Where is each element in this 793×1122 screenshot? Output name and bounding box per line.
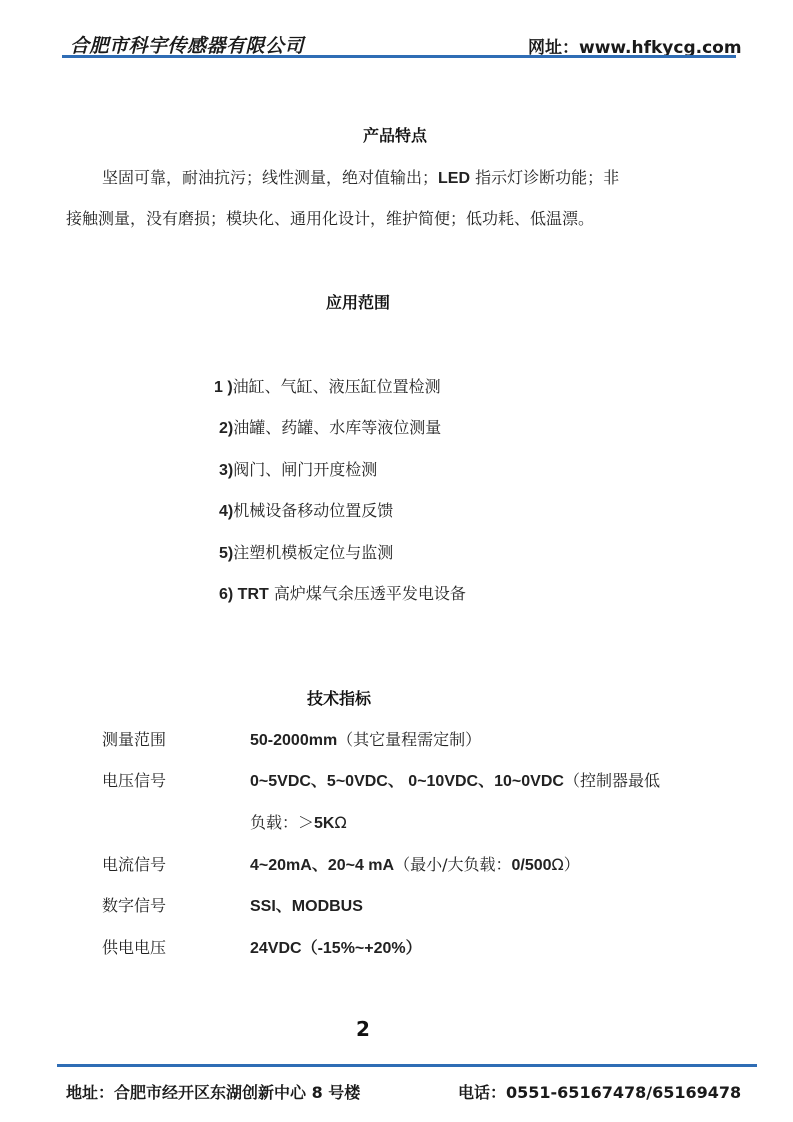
footer-divider xyxy=(57,1064,757,1067)
application-item: 1 )油缸、气缸、液压缸位置检测 xyxy=(214,374,441,397)
application-text: 阀门、闸门开度检测 xyxy=(233,460,377,479)
spec-label: 电流信号 xyxy=(102,852,166,875)
header-divider xyxy=(62,55,736,58)
application-text: 油缸、气缸、液压缸位置检测 xyxy=(233,377,441,396)
application-num: 3) xyxy=(219,462,233,479)
application-item: 6) TRT 高炉煤气余压透平发电设备 xyxy=(219,581,466,604)
spec-value: 4~20mA、20~4 mA（最小/大负载：0/500Ω） xyxy=(250,852,580,875)
spec-value-rest: Ω） xyxy=(552,855,580,874)
spec-value: 0~5VDC、5~0VDC、 0~10VDC、10~0VDC（控制器最低 xyxy=(250,768,660,791)
spec-value-bold: 5K xyxy=(314,815,334,832)
application-num: 2) xyxy=(219,420,233,437)
application-text: 高炉煤气余压透平发电设备 xyxy=(269,584,466,603)
spec-value: 24VDC（-15%~+20%） xyxy=(250,935,422,958)
application-item: 4)机械设备移动位置反馈 xyxy=(219,498,393,521)
application-num: 1 ) xyxy=(214,379,233,396)
spec-value-rest: （控制器最低 xyxy=(564,771,660,790)
spec-label: 电压信号 xyxy=(102,768,166,791)
spec-value-bold: SSI、MODBUS xyxy=(250,898,363,915)
spec-value: SSI、MODBUS xyxy=(250,893,363,916)
footer-address: 地址：合肥市经开区东湖创新中心 8 号楼 xyxy=(66,1080,360,1103)
features-line-2: 接触测量，没有磨损；模块化、通用化设计，维护简便；低功耗、低温漂。 xyxy=(66,206,594,229)
features-title: 产品特点 xyxy=(363,123,427,146)
application-item: 2)油罐、药罐、水库等液位测量 xyxy=(219,415,441,438)
spec-value: 50-2000mm（其它量程需定制） xyxy=(250,727,481,750)
specs-title: 技术指标 xyxy=(307,686,371,709)
features-led: LED xyxy=(438,170,470,187)
spec-value-bold: 4~20mA、20~4 mA xyxy=(250,857,394,874)
application-text: 油罐、药罐、水库等液位测量 xyxy=(233,418,441,437)
application-num: 5) xyxy=(219,545,233,562)
spec-value-rest: （其它量程需定制） xyxy=(337,730,481,749)
application-num: 6) TRT xyxy=(219,586,269,603)
page-number: 2 xyxy=(356,1017,370,1041)
features-line-1-c: 指示灯诊断功能；非 xyxy=(470,168,619,187)
spec-value-rest: Ω xyxy=(334,813,346,832)
spec-label: 数字信号 xyxy=(102,893,166,916)
application-item: 5)注塑机模板定位与监测 xyxy=(219,540,393,563)
spec-value-bold: 50-2000mm xyxy=(250,732,337,749)
spec-value-continued: 负载：＞5KΩ xyxy=(250,810,347,833)
spec-value-rest: 负载：＞ xyxy=(250,813,314,832)
features-line-1: 坚固可靠，耐油抗污；线性测量，绝对值输出；LED 指示灯诊断功能；非 xyxy=(102,165,619,188)
spec-value-bold: 0/500 xyxy=(512,857,552,874)
spec-value-bold: 0~5VDC、5~0VDC、 0~10VDC、10~0VDC xyxy=(250,773,564,790)
spec-label: 供电电压 xyxy=(102,935,166,958)
application-num: 4) xyxy=(219,503,233,520)
spec-label: 测量范围 xyxy=(102,727,166,750)
features-line-1-a: 坚固可靠，耐油抗污；线性测量，绝对值输出； xyxy=(102,168,438,187)
application-text: 注塑机模板定位与监测 xyxy=(233,543,393,562)
spec-value-bold: 24VDC（-15%~+20%） xyxy=(250,940,422,957)
spec-value-rest: （最小/大负载： xyxy=(394,855,511,874)
application-text: 机械设备移动位置反馈 xyxy=(233,501,393,520)
application-item: 3)阀门、闸门开度检测 xyxy=(219,457,377,480)
applications-title: 应用范围 xyxy=(326,290,390,313)
header-company-name: 合肥市科宇传感器有限公司 xyxy=(70,31,304,58)
footer-phone: 电话：0551-65167478/65169478 xyxy=(458,1080,741,1103)
